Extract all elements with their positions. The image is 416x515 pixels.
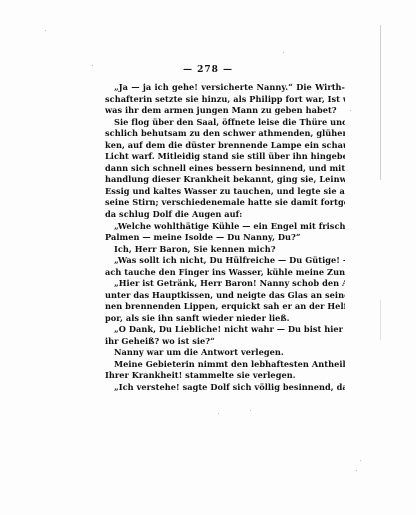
scan-speck [250,410,251,411]
scan-edge-line [380,300,381,340]
text-line: Meine Gebieterin nimmt den lebhaftesten … [105,359,345,371]
text-line: schlich behutsam zu den schwer athmenden… [105,128,345,140]
text-line: „Was sollt ich nicht, Du Hülfreiche — Du… [105,255,345,267]
text-line: seine Stirn; verschiedenemale hatte sie … [105,197,345,209]
text-line: ach tauche den Finger ins Wasser, kühle … [105,267,345,279]
text-line: Licht warf. Mitleidig stand sie still üb… [105,151,345,163]
text-line: „Welche wohlthätige Kühle — ein Engel mi… [105,221,345,233]
scanned-book-page: — 278 — „Ja — ja ich gehe! versicherte N… [0,0,416,515]
text-line: „Ja — ja ich gehe! versicherte Nanny.“ D… [105,82,345,94]
text-line: Ihrer Krankheit! stammelte sie verlegen. [105,370,345,382]
text-line: Sie flog über den Saal, öffnete leise di… [105,117,345,129]
scan-speck [360,460,361,461]
text-line: „Hier ist Getränk, Herr Baron! Nanny sch… [105,278,345,290]
text-line: da schlug Dolf die Augen auf: [105,209,345,221]
text-line: schafterin setzte sie hinzu, als Philipp… [105,94,345,106]
text-line: por, als sie ihn sanft wieder nieder lie… [105,313,345,325]
body-text: „Ja — ja ich gehe! versicherte Nanny.“ D… [105,82,345,393]
text-line: Nanny war um die Antwort verlegen. [105,347,345,359]
text-line: ken, auf dem die düster brennende Lampe … [105,140,345,152]
text-line: ihr Geheiß? wo ist sie?“ [105,336,345,348]
scan-speck [350,110,351,111]
text-line: „O Dank, Du Liebliche! nicht wahr — Du b… [105,324,345,336]
text-line: Ich, Herr Baron, Sie kennen mich? [105,244,345,256]
text-line: handlung dieser Krankheit bekannt, ging … [105,174,345,186]
text-line: „Ich verstehe! sagte Dolf sich völlig be… [105,382,345,394]
text-line: was ihr dem armen jungen Mann zu geben h… [105,105,345,117]
text-line: dann sich schnell eines bessern besinnen… [105,163,345,175]
text-line: unter das Hauptkissen, und neigte das Gl… [105,290,345,302]
scan-speck [92,65,93,66]
scan-speck [218,413,219,414]
text-line: nen brennenden Lippen, erquickt sah er a… [105,301,345,313]
scan-speck [356,470,357,471]
scan-speck [283,52,284,53]
text-line: Palmen — meine Isolde — Du Nanny, Du?“ [105,232,345,244]
page-number: — 278 — [0,65,416,75]
scan-edge-line [380,25,381,180]
text-line: Essig und kaltes Wasser zu tauchen, und … [105,186,345,198]
scan-speck [45,30,46,31]
